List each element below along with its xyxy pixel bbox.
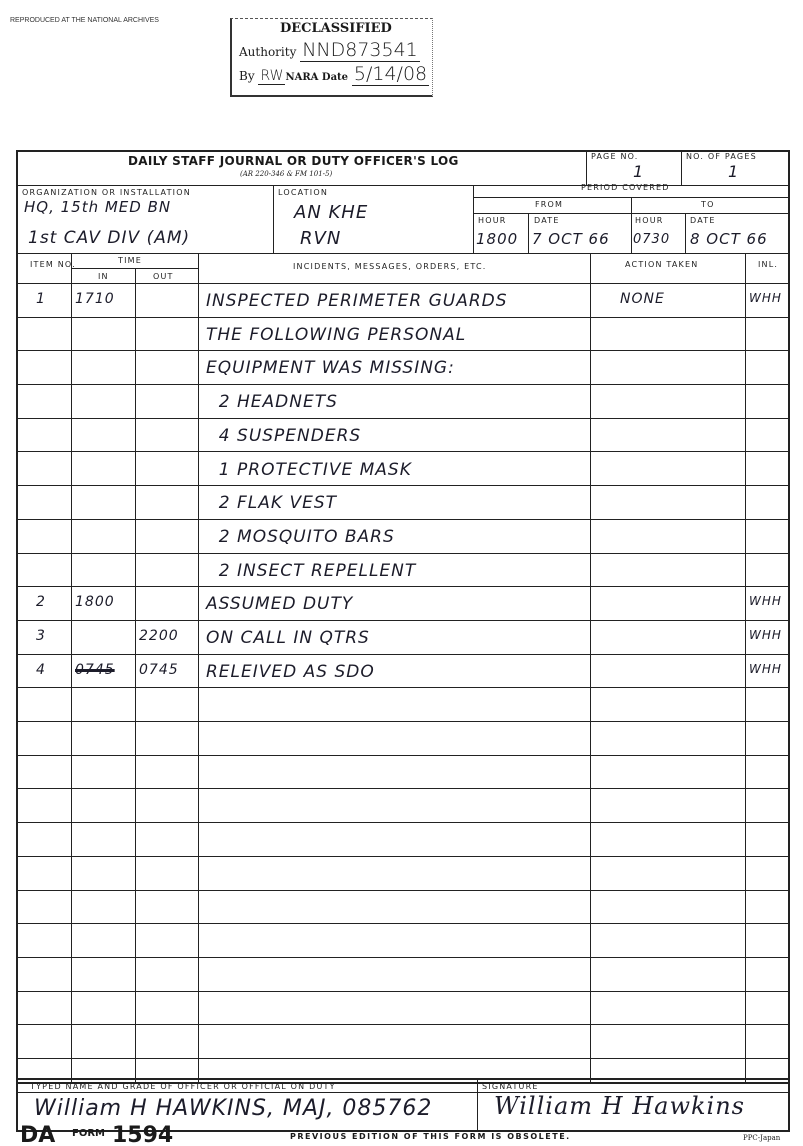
location-line2: RVN (300, 228, 341, 249)
date-value: 5/14/08 (352, 63, 429, 86)
da-label: DA (20, 1126, 55, 1146)
table-row (18, 755, 788, 789)
table-row (18, 991, 788, 1025)
stamp-title: DECLASSIFIED (280, 21, 392, 36)
item-no-cell: 3 (36, 628, 46, 644)
table-row: 32200ON CALL IN QTRSWHH (18, 620, 788, 654)
from-label: FROM (535, 200, 563, 209)
table-row: 2 INSECT REPELLENT (18, 553, 788, 587)
incident-cell: ON CALL IN QTRS (206, 628, 370, 648)
time-out-cell: 2200 (139, 628, 179, 644)
to-date-label: DATE (690, 216, 716, 225)
incident-cell: THE FOLLOWING PERSONAL (206, 325, 466, 345)
time-in-cell: 1800 (75, 594, 115, 610)
time-out-cell: 0745 (139, 662, 179, 678)
location-line1: AN KHE (294, 202, 368, 223)
authority-label: Authority (239, 45, 296, 59)
organization-line2: 1st CAV DIV (AM) (28, 228, 190, 248)
initials-cell: WHH (749, 662, 782, 676)
from-hour-label: HOUR (478, 216, 507, 225)
col-out: OUT (153, 272, 174, 281)
form-title: DAILY STAFF JOURNAL OR DUTY OFFICER'S LO… (128, 154, 459, 168)
from-date-label: DATE (534, 216, 560, 225)
table-row: EQUIPMENT WAS MISSING: (18, 350, 788, 384)
col-in: IN (98, 272, 109, 281)
incident-cell: 2 HEADNETS (206, 392, 338, 412)
incident-cell: 2 FLAK VEST (206, 493, 337, 513)
table-row: 4 SUSPENDERS (18, 418, 788, 452)
incident-cell: INSPECTED PERIMETER GUARDS (206, 291, 508, 311)
incident-cell: 1 PROTECTIVE MASK (206, 460, 412, 480)
item-no-cell: 4 (36, 662, 46, 678)
initials-cell: WHH (749, 594, 782, 608)
no-of-pages-value: 1 (728, 162, 739, 181)
item-no-cell: 2 (36, 594, 46, 610)
form-number: 1594 (112, 1126, 173, 1146)
table-row (18, 923, 788, 957)
signature-label: SIGNATURE (482, 1082, 539, 1091)
by-label: By (239, 69, 255, 83)
page-no-value: 1 (633, 162, 644, 181)
table-row: 407450745RELEIVED AS SDOWHH (18, 654, 788, 688)
table-row (18, 822, 788, 856)
to-hour-label: HOUR (635, 216, 664, 225)
table-row: 2 FLAK VEST (18, 485, 788, 519)
col-inl: INL. (758, 260, 778, 269)
col-incidents: INCIDENTS, MESSAGES, ORDERS, ETC. (293, 262, 487, 271)
stamp-authority: Authority NND873541 (239, 39, 420, 61)
page-no-label: PAGE NO. (591, 152, 639, 161)
table-row: 11710INSPECTED PERIMETER GUARDSNONEWHH (18, 283, 788, 317)
incident-cell: 2 MOSQUITO BARS (206, 527, 395, 547)
declassified-stamp: DECLASSIFIED Authority NND873541 By RWNA… (230, 18, 433, 97)
location-label: LOCATION (278, 188, 328, 197)
nara-date-label: NARA Date (285, 72, 348, 83)
typed-name-label: TYPED NAME AND GRADE OF OFFICER OR OFFIC… (30, 1082, 336, 1091)
col-item-no: ITEM NO. (30, 260, 76, 270)
signature: William H Hawkins (494, 1092, 745, 1120)
table-row: 1 PROTECTIVE MASK (18, 452, 788, 486)
from-date: 7 OCT 66 (532, 230, 610, 248)
table-row (18, 1024, 788, 1058)
table-row (18, 687, 788, 721)
incident-cell: 4 SUSPENDERS (206, 426, 361, 446)
table-row (18, 721, 788, 755)
obsolete-note: PREVIOUS EDITION OF THIS FORM IS OBSOLET… (290, 1132, 571, 1141)
to-date: 8 OCT 66 (690, 230, 768, 248)
period-covered-label: PERIOD COVERED (581, 183, 670, 192)
table-row (18, 957, 788, 991)
form-label: FORM (72, 1128, 105, 1139)
stamp-by: By RWNARA Date 5/14/08 (239, 63, 429, 85)
time-in-cell: 0745 (75, 662, 115, 678)
by-value: RW (258, 68, 285, 85)
form-subtitle: (AR 220-346 & FM 101-5) (240, 170, 332, 178)
typed-name: William H HAWKINS, MAJ, 085762 (34, 1096, 432, 1121)
table-row: 2 MOSQUITO BARS (18, 519, 788, 553)
organization-label: ORGANIZATION OR INSTALLATION (22, 188, 191, 197)
organization-line1: HQ, 15th MED BN (24, 198, 171, 216)
table-row: 21800ASSUMED DUTYWHH (18, 586, 788, 620)
to-label: TO (701, 200, 715, 209)
from-hour: 1800 (476, 230, 518, 248)
initials-cell: WHH (749, 628, 782, 642)
action-cell: NONE (620, 291, 665, 307)
incident-cell: 2 INSECT REPELLENT (206, 561, 416, 581)
duty-log-form: DAILY STAFF JOURNAL OR DUTY OFFICER'S LO… (16, 150, 790, 1084)
col-action: ACTION TAKEN (625, 260, 698, 269)
time-in-cell: 1710 (75, 291, 115, 307)
printer-note: PPC-Japan (743, 1134, 780, 1142)
item-no-cell: 1 (36, 291, 46, 307)
table-row (18, 856, 788, 890)
incident-cell: RELEIVED AS SDO (206, 662, 375, 682)
table-row: 2 HEADNETS (18, 384, 788, 418)
table-row (18, 890, 788, 924)
initials-cell: WHH (749, 291, 782, 305)
table-row (18, 789, 788, 823)
to-hour: 0730 (633, 232, 670, 247)
authority-value: NND873541 (300, 39, 420, 62)
archives-note: REPRODUCED AT THE NATIONAL ARCHIVES (10, 17, 159, 24)
incident-cell: EQUIPMENT WAS MISSING: (206, 358, 455, 378)
col-time: TIME (118, 256, 142, 265)
no-of-pages-label: NO. OF PAGES (686, 152, 757, 161)
table-row: THE FOLLOWING PERSONAL (18, 317, 788, 351)
incident-cell: ASSUMED DUTY (206, 594, 353, 614)
